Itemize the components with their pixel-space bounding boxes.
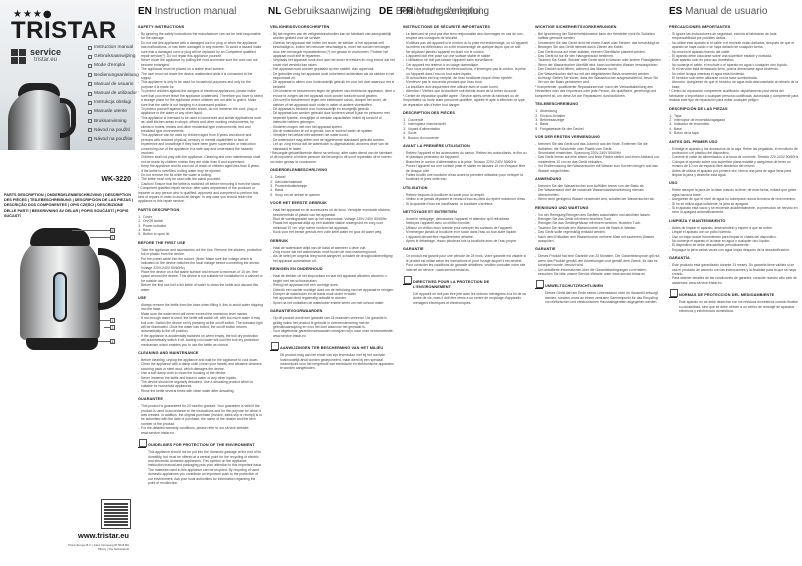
- list-item: Si el aparato está vacío y se enciende a…: [669, 206, 799, 215]
- list-item: This appliance can be used by children a…: [138, 133, 263, 155]
- list-item: Never move the appliance by pulling the …: [138, 58, 263, 67]
- section-heading: PARTS DESCRIPTION: [138, 208, 263, 213]
- list-item: N'utilisez pas cet appareil si le cordon…: [403, 41, 528, 50]
- footnote: * Competent qualified repair service: af…: [138, 186, 263, 204]
- checkbox-icon: [88, 55, 92, 59]
- section-heading: BEFORE THE FIRST USE: [138, 241, 263, 246]
- parts-description-title: PARTS DESCRIPTION | ONDERDELENBESCHRIJVI…: [4, 193, 134, 219]
- list-item: Put the power cable into the socket. (No…: [138, 257, 263, 270]
- callout-line: [98, 341, 110, 342]
- section-list: * Bevoegde gekwalificeerde dienst na ver…: [270, 151, 395, 164]
- section-heading: NORMAS DE PROTECCIÓN DEL MEDIOAMBIENTE: [679, 293, 799, 298]
- crossed-bin-icon: [535, 280, 543, 289]
- list-item: Nehmen Sie das Gerät und das Zubehör aus…: [535, 142, 662, 151]
- section-heading: USE: [138, 296, 263, 301]
- kettle-diagram-lid: [30, 228, 90, 246]
- crossed-bin-icon: [403, 276, 411, 285]
- section-heading: ANTES DEL PRIMER USO: [669, 140, 799, 145]
- checkbox-icon: [88, 110, 92, 114]
- list-item: If the appliance is accidentally switche…: [138, 334, 263, 347]
- checkbox-icon: [88, 92, 92, 96]
- footnote: * Centre de réparation qualifié agréé : …: [403, 94, 528, 107]
- section-heading: UTILISATION: [403, 186, 528, 191]
- column-sections: VEILIGHEIDSVOORSCHRIFTENBij het negeren …: [270, 25, 395, 371]
- language-menu-item[interactable]: Manuale utente: [88, 107, 138, 116]
- checkbox-icon: [88, 82, 92, 86]
- section-list: Ce produit est garanti pour une période …: [403, 254, 528, 272]
- list-item: The device should be regularly descaled.…: [138, 380, 263, 389]
- checkbox-icon: [88, 73, 92, 77]
- list-item: Si la quantité d'eau est insuffisante, l…: [403, 202, 528, 206]
- section-heading: DESCRIPCIÓN DE LAS PIEZAS: [669, 107, 799, 112]
- list-item: Coloque el aparato sobre una superficie …: [669, 160, 799, 169]
- column-fr: FR Mode d'emploi INSTRUCTIONS DE SÉCURIT…: [401, 0, 531, 566]
- list-item: By ignoring the safety instructions the …: [138, 32, 263, 41]
- checkbox-icon: [88, 64, 92, 68]
- list-item: De gebruiker mag het apparaat nooit onbe…: [270, 72, 395, 81]
- company-address: Tristar Europe B.V. | Jules Verneweg 87 …: [59, 543, 129, 551]
- language-menu: Instruction manualGebruiksaanwijzingMode…: [88, 43, 138, 144]
- list-item: Freigabetaste für den Deckel: [539, 127, 662, 131]
- section-heading: INSTRUCTIONS DE SÉCURITÉ IMPORTANTES: [403, 25, 528, 30]
- column-es: ES Manual de usuario PRECAUCIONES IMPORT…: [667, 0, 802, 566]
- list-item: Bei Ignorierung der Sicherheitshinweise …: [535, 32, 662, 41]
- list-item: This product is guaranteed for 24 months…: [138, 404, 263, 426]
- list-item: To protect yourself against an electric …: [138, 107, 263, 116]
- list-item: Bij het negeren van de veiligheidsinstru…: [270, 32, 395, 41]
- list-item: Als de ketel per ongeluk leeg wordt aang…: [270, 254, 395, 263]
- list-item: Do not use this appliance with a damaged…: [138, 41, 263, 59]
- checkbox-icon: [88, 119, 92, 123]
- paragraph: Este aparato no se debe desechar con los…: [679, 300, 799, 313]
- list-item: Das Gerät immer auf eine ebene und feste…: [535, 155, 662, 164]
- section-list: Always remove the kettle from the base w…: [138, 303, 263, 347]
- language-menu-item[interactable]: Návod na použitie: [88, 135, 138, 144]
- language-menu-item[interactable]: Bedienungsanleitung: [88, 71, 138, 80]
- section-list: By ignoring the safety instructions the …: [138, 32, 263, 186]
- list-item: Om kinderen te beschermen tegen de gevar…: [270, 89, 395, 98]
- section-heading: GUARANTEE: [138, 397, 263, 402]
- section-list: * Competent qualified repair service: af…: [138, 186, 263, 204]
- section-heading: DESCRIPTION DES PIÈCES: [403, 111, 528, 116]
- list-item: The user must not leave the device unatt…: [138, 72, 263, 81]
- list-item: No utilice este aparato si el cable o el…: [669, 41, 799, 50]
- list-item: Extraiga el aparato y los accesorios de …: [669, 147, 799, 156]
- column-en: EN Instruction manual SAFETY INSTRUCTION…: [136, 0, 266, 566]
- callout-line: [72, 230, 110, 231]
- list-item: Para obtener detalles de las condiciones…: [669, 276, 799, 285]
- list-item: Caution! Ensure that the kettle is switc…: [138, 182, 263, 186]
- footnote: * Bevoegde gekwalificeerde dienst na ver…: [270, 151, 395, 164]
- section-heading: VOR DER ERSTEN VERWENDUNG: [535, 135, 662, 140]
- list-item: Spoel na het ontkalken de waterkoker enk…: [270, 301, 395, 305]
- section-heading: UMWELTSCHUTZRICHTLINIEN: [545, 284, 662, 289]
- section-heading: LIMPIEZA Y MANTENIMIENTO: [669, 219, 799, 224]
- list-item: Atención: Asegúrese de que el hervidor d…: [669, 80, 799, 89]
- section-heading: DIRECTIVES POUR LA PROTECTION DE L'ENVIR…: [413, 280, 528, 290]
- list-item: Knop om de deksel te openen: [274, 193, 395, 197]
- brand-logo: TRISTAR: [11, 17, 117, 45]
- list-item: Vor Erstbenutzung den Wasserkocher mit W…: [535, 164, 662, 173]
- checkbox-icon: [88, 128, 92, 132]
- section-heading: WICHTIGE SICHERHEITSVORKEHRUNGEN: [535, 25, 662, 30]
- section-list: Before cleaning, unplug the appliance an…: [138, 358, 263, 393]
- section-heading: GEBRUIK: [270, 239, 395, 244]
- column-sections: SAFETY INSTRUCTIONSBy ignoring the safet…: [138, 25, 263, 485]
- section-heading: GARANTIEVOORWAARDEN: [270, 309, 395, 314]
- list-item: Haal het apparaat en de accessoires uit …: [270, 208, 395, 217]
- kettle-diagram-base: [26, 338, 98, 350]
- column-sections: WICHTIGE SICHERHEITSVORKEHRUNGENBei Igno…: [535, 25, 662, 305]
- section-list: Op dit product wordt een garantie van 24…: [270, 316, 395, 338]
- list-item: Ce produit est garanti pour une période …: [403, 254, 528, 263]
- callout-6: 6: [110, 228, 115, 233]
- section-heading: ANWENDUNG: [535, 177, 662, 182]
- list-item: Um detaillierte Informationen über die G…: [535, 268, 662, 277]
- callout-5: 5: [110, 235, 115, 240]
- crossed-bin-icon: [669, 289, 677, 298]
- section-list: Antes de limpiar el aparato, desenchúfel…: [669, 226, 799, 252]
- section-list: TapaInterruptor de encendido/apagadoIndi…: [669, 114, 799, 136]
- service-url: tristar.eu: [34, 57, 57, 63]
- column-title: ES Manual de usuario: [669, 6, 799, 18]
- list-item: Faites bouillir une bouilloire d'eau ava…: [403, 173, 528, 182]
- model-number: WK-3220: [101, 176, 131, 183]
- section-list: Nehmen Sie das Gerät und das Zubehör aus…: [535, 142, 662, 173]
- list-item: Der Wasserstand darf die maximale Wasser…: [535, 188, 662, 197]
- paragraph: Dieses Gerät darf am Ende seiner Lebensd…: [545, 291, 662, 304]
- section-heading: VEILIGHEIDSVOORSCHRIFTEN: [270, 25, 395, 30]
- section-list: Vor der Reinigung/Reinigen des Gerätes a…: [535, 213, 662, 244]
- language-menu-item[interactable]: Návod na použití: [88, 126, 138, 135]
- list-item: Dit apparaat is alleen voor huishoudelij…: [270, 80, 395, 89]
- list-item: Enjuague la jarra varias veces con agua …: [669, 248, 799, 252]
- section-heading: VOOR HET EERSTE GEBRUIK: [270, 201, 395, 206]
- section-heading: REINIGUNG UND WARTUNG: [535, 206, 662, 211]
- checkbox-icon: [88, 101, 92, 105]
- section-heading: ONDERDELENBESCHRIJVING: [270, 168, 395, 173]
- list-item: Este producto está garantizado durante 2…: [669, 263, 799, 276]
- list-item: Kook voor het eerste gebruik een volle k…: [270, 230, 395, 234]
- callout-line: [100, 320, 110, 321]
- list-item: Nach dem Entkalken den Wasserkocher mehr…: [535, 235, 662, 244]
- list-item: Si ignora las instrucciones de seguridad…: [669, 32, 799, 41]
- list-item: If not enough water is used, the kettle …: [138, 316, 263, 334]
- list-item: Dit apparaat kan worden gebruikt door ki…: [270, 111, 395, 124]
- section-list: CoverOn/Off switchPower indicatorBaseBut…: [138, 215, 263, 237]
- section-list: Retire siempre la jarra de la base cuand…: [669, 188, 799, 214]
- checkbox-icon: [88, 46, 92, 50]
- footnote: * Kompetenter, qualifizierter Reparaturs…: [535, 85, 662, 98]
- paragraph: This appliance should not be put into th…: [148, 450, 263, 485]
- paragraph: Cet appareil ne doit pas être jeté avec …: [413, 292, 528, 305]
- list-item: Plaats het apparaat altijd op een stabie…: [270, 221, 395, 230]
- section-list: * Centro de reparación competente cualif…: [669, 89, 799, 102]
- section-list: Le fabricant ne peut pas être tenu respo…: [403, 32, 528, 94]
- paragraph: Dit product mag aan het einde van zijn l…: [280, 353, 395, 371]
- list-item: Let op: zorg ervoor dat de waterkoker is…: [270, 142, 395, 151]
- list-item: Voor uitgebreide garantievoorwaarden ver…: [270, 329, 395, 338]
- list-item: Button to open lid: [142, 232, 263, 236]
- environment-notice: DIRECTIVES POUR LA PROTECTION DE L'ENVIR…: [403, 276, 528, 305]
- section-heading: GARANTIE: [403, 247, 528, 252]
- column-sections: INSTRUCTIONS DE SÉCURITÉ IMPORTANTESLe f…: [403, 25, 528, 305]
- section-list: Si ignora las instrucciones de seguridad…: [669, 32, 799, 89]
- list-item: Posez l'appareil sur une surface plate e…: [403, 164, 528, 173]
- list-item: Attention ! Vérifiez que la bouilloire s…: [403, 89, 528, 93]
- environment-notice: UMWELTSCHUTZRICHTLINIENDieses Gerät darf…: [535, 280, 662, 304]
- section-heading: GARANTÍA: [669, 256, 799, 261]
- section-list: Extraiga el aparato y los accesorios de …: [669, 147, 799, 178]
- section-list: Retirez toujours la bouilloire du socle …: [403, 193, 528, 206]
- section-heading: TEILEBESCHREIBUNG: [535, 102, 662, 107]
- section-heading: PRECAUCIONES IMPORTANTES: [669, 25, 799, 30]
- list-item: Antes de utilizar el aparato por primera…: [669, 169, 799, 178]
- section-list: Bij het negeren van de veiligheidsinstru…: [270, 32, 395, 151]
- list-item: Always remove the kettle from the base w…: [138, 303, 263, 312]
- crossed-bin-icon: [270, 342, 278, 351]
- section-heading: GARANTIE: [535, 247, 662, 252]
- callout-2: 2: [110, 325, 115, 330]
- section-heading: NETTOYAGE ET ENTRETIEN: [403, 210, 528, 215]
- section-list: * Centre de réparation qualifié agréé : …: [403, 94, 528, 107]
- section-list: Nehmen Sie den Wasserkocher zum Auffülle…: [535, 184, 662, 202]
- environment-notice: AANWIJZINGEN TER BESCHERMING VAN HET MIL…: [270, 342, 395, 371]
- list-item: Botón de la tapa: [673, 131, 799, 135]
- list-item: To protect children against the dangers …: [138, 89, 263, 107]
- list-item: Achtung! Stellen Sie sicher, dass der Wa…: [535, 76, 662, 85]
- list-item: Wenn nicht genügend Wasser verwendet wir…: [535, 197, 662, 201]
- list-item: Clean the appliance with a damp cloth (c…: [138, 362, 263, 371]
- column-nl: NL Gebruiksaanwijzing VEILIGHEIDSVOORSCH…: [268, 0, 398, 566]
- crossed-bin-icon: [138, 439, 146, 448]
- section-list: * Kompetenter, qualifizierter Reparaturs…: [535, 85, 662, 98]
- language-menu-item[interactable]: Mode d'emploi: [88, 61, 138, 70]
- section-heading: GUIDELINES FOR PROTECTION OF THE ENVIRON…: [148, 443, 263, 448]
- environment-notice: GUIDELINES FOR PROTECTION OF THE ENVIRON…: [138, 439, 263, 485]
- qr-code-icon[interactable]: [102, 500, 130, 528]
- section-list: Bei Ignorierung der Sicherheitshinweise …: [535, 32, 662, 85]
- list-item: This appliance is only to be used for ho…: [138, 80, 263, 89]
- callout-line: [90, 237, 110, 238]
- language-menu-item[interactable]: Instruction manual: [88, 43, 138, 52]
- website-link[interactable]: www.tristar.eu: [78, 531, 129, 540]
- callout-4: 4: [110, 339, 115, 344]
- list-item: Rinse the kettle several times with clea…: [138, 389, 263, 393]
- list-item: Bouton du couvercle: [407, 136, 528, 140]
- language-menu-item[interactable]: Gebruiksaanwijzing: [88, 52, 138, 61]
- language-menu-item[interactable]: Manual de usuario: [88, 80, 138, 89]
- footnote: * Centro de reparación competente cualif…: [669, 89, 799, 102]
- section-heading: REINIGEN EN ONDERHOUD: [270, 267, 395, 272]
- list-item: Le fabricant ne peut pas être tenu respo…: [403, 32, 528, 41]
- section-list: Avant le nettoyage, débranchez l'apparei…: [403, 217, 528, 243]
- section-list: Haal de waterkoker altijd van de basis a…: [270, 246, 395, 264]
- section-list: Retirez l'appareil et les accessoires du…: [403, 151, 528, 182]
- language-menu-item[interactable]: Manual de utilizador: [88, 89, 138, 98]
- section-heading: AANWIJZINGEN TER BESCHERMING VAN HET MIL…: [280, 346, 395, 351]
- section-list: Este producto está garantizado durante 2…: [669, 263, 799, 285]
- list-item: Haal de stekker uit het stopcontact en l…: [270, 274, 395, 283]
- list-item: Place the device on a flat stable surfac…: [138, 270, 263, 283]
- list-item: Take the appliance and accessories out t…: [138, 248, 263, 257]
- section-list: Dieses Produkt hat eine Garantie von 24 …: [535, 254, 662, 276]
- list-item: Om uzelf te beschermen tegen een elektri…: [270, 98, 395, 107]
- checkbox-icon: [88, 137, 92, 141]
- callout-1: 1: [110, 318, 115, 323]
- list-item: Children shall not play with the applian…: [138, 155, 263, 164]
- environment-notice: NORMAS DE PROTECCIÓN DEL MEDIOAMBIENTEEs…: [669, 289, 799, 313]
- section-list: AbdeckungEin/Aus-SchalterBetriebsanzeige…: [535, 109, 662, 131]
- language-menu-item[interactable]: Instrukcja obsługi: [88, 98, 138, 107]
- section-list: Take the appliance and accessories out t…: [138, 248, 263, 292]
- column-title: EN Instruction manual: [138, 6, 263, 18]
- cover-panel: ★★★● TRISTAR service tristar.eu Instruct…: [0, 0, 135, 566]
- kettle-diagram-handle: [98, 248, 126, 310]
- section-list: Haal de stekker uit het stopcontact en l…: [270, 274, 395, 305]
- column-de: DE Bedienungsanleitung WICHTIGE SICHERHE…: [533, 0, 665, 566]
- kettle-handle-image: [60, 98, 76, 138]
- list-item: This appliance is intended to be used in…: [138, 116, 263, 134]
- section-list: This product is guaranteed for 24 months…: [138, 404, 263, 435]
- section-list: Haal het apparaat en de accessoires uit …: [270, 208, 395, 234]
- language-menu-item[interactable]: Bruksanvisning: [88, 117, 138, 126]
- section-heading: AVANT LA PREMIÈRE UTILISATION: [403, 144, 528, 149]
- column-sections: PRECAUCIONES IMPORTANTESSi ignora las in…: [669, 25, 799, 314]
- list-item: Retire siempre la jarra de la base cuand…: [669, 188, 799, 197]
- service-grid-icon: [11, 49, 25, 63]
- section-heading: CLEANING AND MAINTENANCE: [138, 351, 263, 356]
- list-item: Pour vous protéger contre les électrocut…: [403, 67, 528, 76]
- list-item: Dieses Produkt hat eine Garantie von 24 …: [535, 254, 662, 267]
- list-item: Gebruik het apparaat niet indien het sno…: [270, 41, 395, 59]
- list-item: Après le détartrage, rincez plusieurs fo…: [403, 239, 528, 243]
- list-item: Pour consulter les conditions de garanti…: [403, 263, 528, 272]
- list-item: Op dit product wordt een garantie van 24…: [270, 316, 395, 329]
- section-list: DekselAan/uitschakelaarPowerindicatielam…: [270, 175, 395, 197]
- kettle-diagram-water-window: [53, 272, 67, 322]
- list-item: Before the first use boil a full kettle …: [138, 283, 263, 292]
- list-item: For the detailed warranty conditions, pl…: [138, 426, 263, 435]
- service-label: service: [30, 48, 61, 57]
- section-heading: SAFETY INSTRUCTIONS: [138, 25, 263, 30]
- list-item: Retirez l'appareil et les accessoires du…: [403, 151, 528, 160]
- list-item: Verplaats het apparaat nooit door aan he…: [270, 58, 395, 67]
- section-heading: USO: [669, 181, 799, 186]
- section-list: CouvercleInterrupteur marche/arrêtVoyant…: [403, 118, 528, 140]
